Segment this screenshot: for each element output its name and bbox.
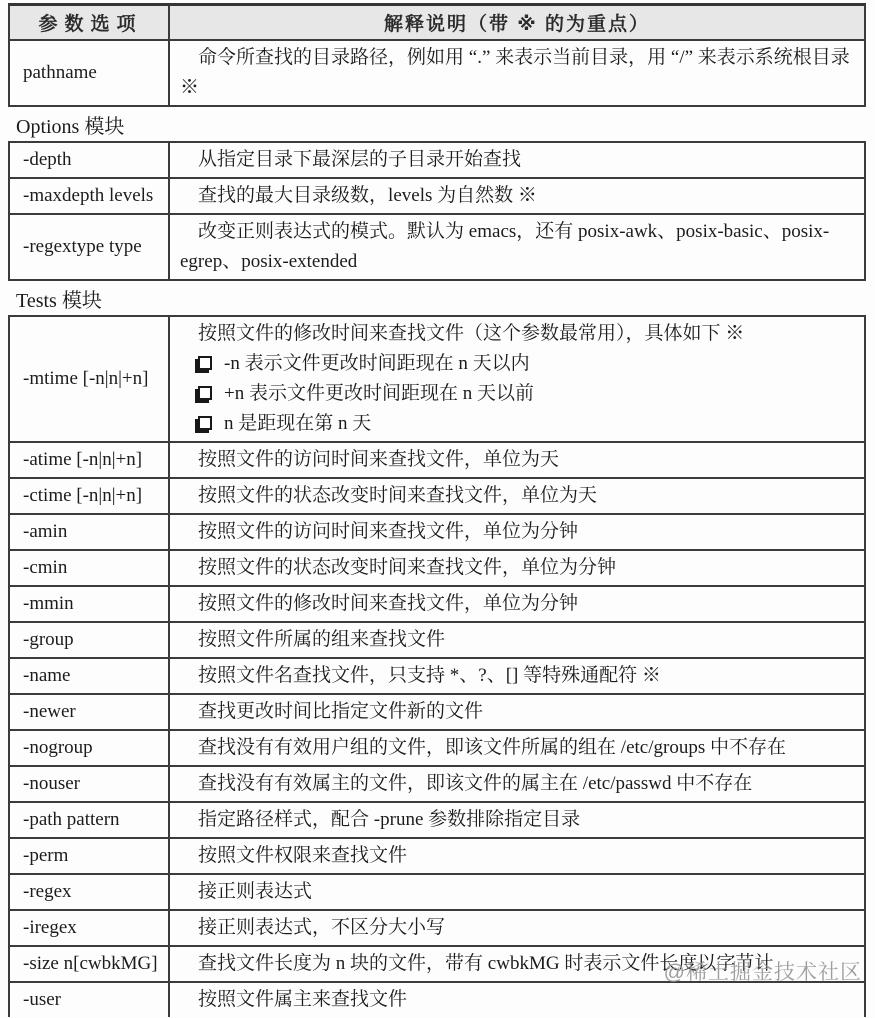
description-paragraph: 按照文件属主来查找文件 (180, 985, 852, 1015)
param-description: 查找文件长度为 n 块的文件，带有 cwbkMG 时表示文件长度以字节计 (170, 947, 864, 981)
param-name: -perm (10, 839, 170, 873)
param-description: 按照文件的状态改变时间来查找文件，单位为分钟 (170, 551, 864, 585)
square-bullet-icon (198, 386, 212, 400)
param-name: -depth (10, 143, 170, 177)
description-paragraph: 按照文件的状态改变时间来查找文件，单位为分钟 (180, 553, 852, 583)
param-description: 按照文件的访问时间来查找文件，单位为分钟 (170, 515, 864, 549)
description-text: 命令所查找的目录路径，例如用 “.” 来表示当前目录，用 “/” 来表示系统根目… (180, 47, 850, 98)
description-text: 按照文件权限来查找文件 (198, 845, 407, 866)
param-description: 查找的最大目录级数，levels 为自然数 ※ (170, 179, 864, 213)
param-row: -size n[cwbkMG]查找文件长度为 n 块的文件，带有 cwbkMG … (8, 945, 866, 981)
description-text: 查找的最大目录级数，levels 为自然数 ※ (198, 185, 537, 206)
description-text: 改变正则表达式的模式。默认为 emacs，还有 posix-awk、posix-… (180, 221, 829, 272)
description-paragraph: 按照文件的修改时间来查找文件（这个参数最常用），具体如下 ※ (180, 319, 852, 349)
description-text: n 是距现在第 n 天 (224, 413, 371, 434)
description-text: -n 表示文件更改时间距现在 n 天以内 (224, 353, 530, 374)
description-paragraph: 按照文件所属的组来查找文件 (180, 625, 852, 655)
description-paragraph: 命令所查找的目录路径，例如用 “.” 来表示当前目录，用 “/” 来表示系统根目… (180, 43, 852, 103)
param-description: 查找没有有效属主的文件，即该文件的属主在 /etc/passwd 中不存在 (170, 767, 864, 801)
description-paragraph: 查找没有有效属主的文件，即该文件的属主在 /etc/passwd 中不存在 (180, 769, 852, 799)
description-paragraph: 接正则表达式，不区分大小写 (180, 913, 852, 943)
param-description: 接正则表达式，不区分大小写 (170, 911, 864, 945)
description-text: 按照文件的状态改变时间来查找文件，单位为天 (198, 485, 597, 506)
param-name: -nouser (10, 767, 170, 801)
param-row: pathname命令所查找的目录路径，例如用 “.” 来表示当前目录，用 “/”… (8, 39, 866, 105)
description-text: 按照文件所属的组来查找文件 (198, 629, 445, 650)
description-paragraph: 从指定目录下最深层的子目录开始查找 (180, 145, 852, 175)
param-name: -mtime [-n|n|+n] (10, 317, 170, 441)
param-description: 按照文件的状态改变时间来查找文件，单位为天 (170, 479, 864, 513)
description-text: 按照文件属主来查找文件 (198, 989, 407, 1010)
description-paragraph: 接正则表达式 (180, 877, 852, 907)
param-description: 查找更改时间比指定文件新的文件 (170, 695, 864, 729)
description-text: 查找更改时间比指定文件新的文件 (198, 701, 483, 722)
section-label: Tests 模块 (8, 284, 102, 313)
description-paragraph: 指定路径样式，配合 -prune 参数排除指定目录 (180, 805, 852, 835)
param-name: -iregex (10, 911, 170, 945)
param-name: -ctime [-n|n|+n] (10, 479, 170, 513)
description-paragraph: 按照文件的访问时间来查找文件，单位为天 (180, 445, 852, 475)
param-description: 按照文件属主来查找文件 (170, 983, 864, 1017)
param-row: -mmin按照文件的修改时间来查找文件，单位为分钟 (8, 585, 866, 621)
param-name: -newer (10, 695, 170, 729)
description-paragraph: 查找没有有效用户组的文件，即该文件所属的组在 /etc/groups 中不存在 (180, 733, 852, 763)
param-name: pathname (10, 41, 170, 105)
param-name: -regex (10, 875, 170, 909)
param-name: -size n[cwbkMG] (10, 947, 170, 981)
param-row: -perm按照文件权限来查找文件 (8, 837, 866, 873)
bullet-item: +n 表示文件更改时间距现在 n 天以前 (195, 379, 852, 409)
param-description: 查找没有有效用户组的文件，即该文件所属的组在 /etc/groups 中不存在 (170, 731, 864, 765)
param-description: 按照文件的修改时间来查找文件（这个参数最常用），具体如下 ※-n 表示文件更改时… (170, 317, 864, 441)
description-text: 查找没有有效用户组的文件，即该文件所属的组在 /etc/groups 中不存在 (198, 737, 786, 758)
description-text: 按照文件的访问时间来查找文件，单位为天 (198, 449, 559, 470)
param-description: 改变正则表达式的模式。默认为 emacs，还有 posix-awk、posix-… (170, 215, 864, 279)
param-name: -mmin (10, 587, 170, 621)
param-row: -group按照文件所属的组来查找文件 (8, 621, 866, 657)
param-description: 指定路径样式，配合 -prune 参数排除指定目录 (170, 803, 864, 837)
param-description: 命令所查找的目录路径，例如用 “.” 来表示当前目录，用 “/” 来表示系统根目… (170, 41, 864, 105)
param-row: -iregex接正则表达式，不区分大小写 (8, 909, 866, 945)
description-text: 指定路径样式，配合 -prune 参数排除指定目录 (198, 809, 580, 830)
param-row: -newer查找更改时间比指定文件新的文件 (8, 693, 866, 729)
param-row: -maxdepth levels查找的最大目录级数，levels 为自然数 ※ (8, 177, 866, 213)
section-row: Options 模块 (8, 105, 866, 141)
param-name: -name (10, 659, 170, 693)
param-row: -mtime [-n|n|+n]按照文件的修改时间来查找文件（这个参数最常用），… (8, 315, 866, 441)
description-text: 按照文件的状态改变时间来查找文件，单位为分钟 (198, 557, 616, 578)
param-description: 按照文件的修改时间来查找文件，单位为分钟 (170, 587, 864, 621)
param-row: -name按照文件名查找文件，只支持 *、?、[] 等特殊通配符 ※ (8, 657, 866, 693)
description-text: 按照文件的修改时间来查找文件，单位为分钟 (198, 593, 578, 614)
description-text: 按照文件的访问时间来查找文件，单位为分钟 (198, 521, 578, 542)
param-row: -user按照文件属主来查找文件 (8, 981, 866, 1017)
description-paragraph: 查找的最大目录级数，levels 为自然数 ※ (180, 181, 852, 211)
param-row: -atime [-n|n|+n]按照文件的访问时间来查找文件，单位为天 (8, 441, 866, 477)
param-row: -cmin按照文件的状态改变时间来查找文件，单位为分钟 (8, 549, 866, 585)
param-description: 按照文件所属的组来查找文件 (170, 623, 864, 657)
param-row: -depth从指定目录下最深层的子目录开始查找 (8, 141, 866, 177)
description-paragraph: 按照文件的修改时间来查找文件，单位为分钟 (180, 589, 852, 619)
find-params-table: 参数选项 解释说明（带 ※ 的为重点） pathname命令所查找的目录路径，例… (8, 3, 866, 1017)
param-row: -regex接正则表达式 (8, 873, 866, 909)
description-paragraph: 按照文件的访问时间来查找文件，单位为分钟 (180, 517, 852, 547)
param-description: 按照文件名查找文件，只支持 *、?、[] 等特殊通配符 ※ (170, 659, 864, 693)
header-col-description: 解释说明（带 ※ 的为重点） (170, 6, 864, 39)
param-name: -maxdepth levels (10, 179, 170, 213)
description-text: 查找没有有效属主的文件，即该文件的属主在 /etc/passwd 中不存在 (198, 773, 752, 794)
table-header-row: 参数选项 解释说明（带 ※ 的为重点） (8, 3, 866, 39)
section-label: Options 模块 (8, 110, 124, 139)
header-col-param: 参数选项 (10, 6, 170, 39)
param-name: -atime [-n|n|+n] (10, 443, 170, 477)
param-name: -nogroup (10, 731, 170, 765)
param-description: 按照文件的访问时间来查找文件，单位为天 (170, 443, 864, 477)
description-text: 从指定目录下最深层的子目录开始查找 (198, 149, 521, 170)
param-row: -regextype type改变正则表达式的模式。默认为 emacs，还有 p… (8, 213, 866, 279)
description-paragraph: 改变正则表达式的模式。默认为 emacs，还有 posix-awk、posix-… (180, 217, 852, 277)
param-name: -path pattern (10, 803, 170, 837)
param-name: -regextype type (10, 215, 170, 279)
description-paragraph: 查找文件长度为 n 块的文件，带有 cwbkMG 时表示文件长度以字节计 (180, 949, 852, 979)
description-text: 按照文件名查找文件，只支持 *、?、[] 等特殊通配符 ※ (198, 665, 661, 686)
table-body: pathname命令所查找的目录路径，例如用 “.” 来表示当前目录，用 “/”… (8, 39, 866, 1017)
document-page: 参数选项 解释说明（带 ※ 的为重点） pathname命令所查找的目录路径，例… (0, 0, 875, 1018)
param-name: -cmin (10, 551, 170, 585)
bullet-item: n 是距现在第 n 天 (195, 409, 852, 439)
param-row: -ctime [-n|n|+n]按照文件的状态改变时间来查找文件，单位为天 (8, 477, 866, 513)
square-bullet-icon (198, 416, 212, 430)
description-paragraph: 查找更改时间比指定文件新的文件 (180, 697, 852, 727)
description-paragraph: 按照文件的状态改变时间来查找文件，单位为天 (180, 481, 852, 511)
square-bullet-icon (198, 356, 212, 370)
section-row: Tests 模块 (8, 279, 866, 315)
param-name: -user (10, 983, 170, 1017)
param-description: 接正则表达式 (170, 875, 864, 909)
param-description: 按照文件权限来查找文件 (170, 839, 864, 873)
description-text: 按照文件的修改时间来查找文件（这个参数最常用），具体如下 ※ (198, 323, 744, 344)
description-paragraph: 按照文件权限来查找文件 (180, 841, 852, 871)
param-row: -nouser查找没有有效属主的文件，即该文件的属主在 /etc/passwd … (8, 765, 866, 801)
param-description: 从指定目录下最深层的子目录开始查找 (170, 143, 864, 177)
description-text: +n 表示文件更改时间距现在 n 天以前 (224, 383, 534, 404)
description-text: 接正则表达式 (198, 881, 312, 902)
description-paragraph: 按照文件名查找文件，只支持 *、?、[] 等特殊通配符 ※ (180, 661, 852, 691)
description-text: 接正则表达式，不区分大小写 (198, 917, 445, 938)
param-row: -nogroup查找没有有效用户组的文件，即该文件所属的组在 /etc/grou… (8, 729, 866, 765)
param-row: -amin按照文件的访问时间来查找文件，单位为分钟 (8, 513, 866, 549)
description-text: 查找文件长度为 n 块的文件，带有 cwbkMG 时表示文件长度以字节计 (198, 953, 773, 974)
bullet-item: -n 表示文件更改时间距现在 n 天以内 (195, 349, 852, 379)
param-row: -path pattern指定路径样式，配合 -prune 参数排除指定目录 (8, 801, 866, 837)
param-name: -amin (10, 515, 170, 549)
param-name: -group (10, 623, 170, 657)
